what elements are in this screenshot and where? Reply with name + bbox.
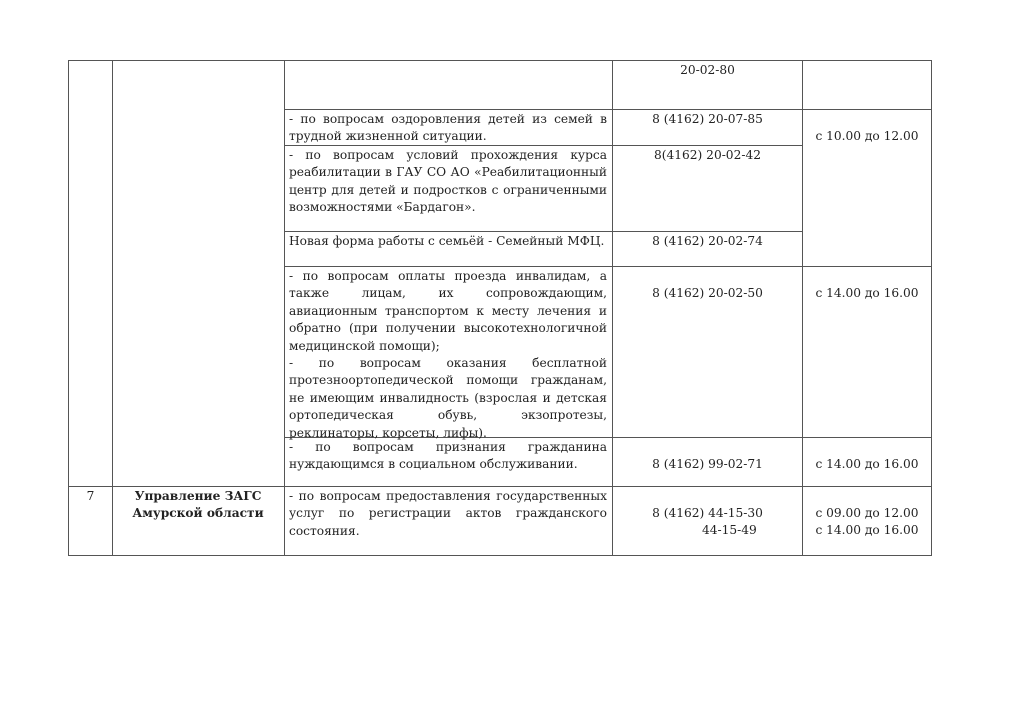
row-number: 7: [69, 488, 112, 505]
hours-line-2: с 14.00 до 16.00: [803, 522, 931, 539]
hours-cell: с 14.00 до 16.00: [803, 456, 931, 473]
hours-cell: с 10.00 до 12.00: [803, 128, 931, 145]
phone-cell: 20-02-80: [613, 62, 802, 79]
column-divider-2: [284, 60, 285, 556]
row-divider: [68, 486, 932, 487]
topic-cell: - по вопросам условий прохождения курса …: [289, 147, 607, 217]
row-divider: [284, 109, 932, 110]
hours-cell: с 09.00 до 12.00 с 14.00 до 16.00: [803, 505, 931, 540]
organization-name: Управление ЗАГС Амурской области: [125, 488, 271, 523]
topic-cell: - по вопросам признания гражданина нужда…: [289, 439, 607, 474]
table-border-left: [68, 60, 69, 556]
phone-cell: 8 (4162) 20-02-74: [613, 233, 802, 250]
column-divider-3: [612, 60, 613, 556]
phone-cell: 8 (4162) 20-02-50: [613, 285, 802, 302]
hours-line-1: с 09.00 до 12.00: [803, 505, 931, 522]
topic-cell: - по вопросам предоставления государстве…: [289, 488, 607, 540]
topic-cell: - по вопросам оплаты проезда инвалидам, …: [289, 268, 607, 442]
hours-cell: с 14.00 до 16.00: [803, 285, 931, 302]
document-page: 20-02-80 - по вопросам оздоровления дете…: [0, 0, 1024, 724]
phone-cell: 8(4162) 20-02-42: [613, 147, 802, 164]
row-divider: [284, 231, 802, 232]
column-divider-1: [112, 60, 113, 556]
row-divider: [284, 266, 932, 267]
phone-cell: 8 (4162) 44-15-30 44-15-49: [613, 505, 802, 540]
topic-cell: Новая форма работы с семьёй - Семейный М…: [289, 233, 607, 250]
table-border-right: [931, 60, 932, 556]
phone-line-2: 44-15-49: [613, 522, 802, 539]
phone-cell: 8 (4162) 99-02-71: [613, 456, 802, 473]
topic-cell: - по вопросам оздоровления детей из семе…: [289, 111, 607, 146]
phone-line-1: 8 (4162) 44-15-30: [613, 505, 802, 522]
phone-cell: 8 (4162) 20-07-85: [613, 111, 802, 128]
